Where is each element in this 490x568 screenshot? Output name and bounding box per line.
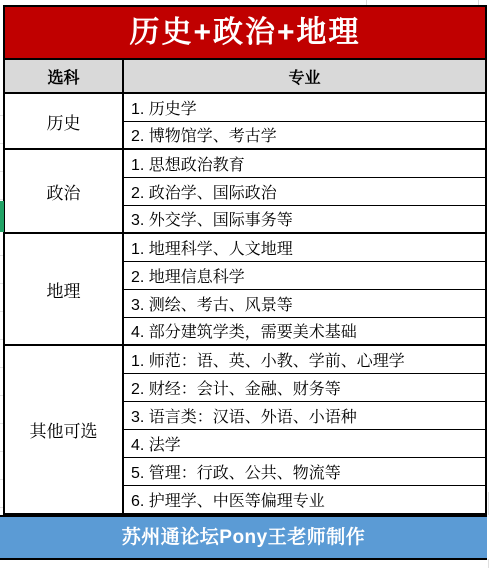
- table-header-row: 选科 专业: [5, 60, 485, 93]
- major-cell: 3. 语言类：汉语、外语、小语种: [123, 401, 485, 429]
- major-cell: 4. 部分建筑学类，需要美术基础: [123, 317, 485, 345]
- row-selection-indicator: [0, 201, 4, 232]
- column-gridline-tick: [488, 492, 489, 515]
- major-cell: 2. 博物馆学、考古学: [123, 121, 485, 149]
- subject-cell-history: 历史: [5, 93, 123, 149]
- major-cell: 1. 师范：语、英、小教、学前、心理学: [123, 345, 485, 373]
- major-cell: 4. 法学: [123, 429, 485, 457]
- page-title: 历史+政治+地理: [129, 18, 360, 48]
- subject-cell-politics: 政治: [5, 149, 123, 233]
- major-cell: 1. 历史学: [123, 93, 485, 121]
- major-cell: 1. 地理科学、人文地理: [123, 233, 485, 261]
- major-cell: 2. 财经：会计、金融、财务等: [123, 373, 485, 401]
- table-row: 其他可选 1. 师范：语、英、小教、学前、心理学: [5, 345, 485, 373]
- major-cell: 6. 护理学、中医等偏理专业: [123, 485, 485, 513]
- subject-cell-other-options: 其他可选: [5, 345, 123, 513]
- table-row: 地理 1. 地理科学、人文地理: [5, 233, 485, 261]
- majors-table: 选科 专业 历史 1. 历史学 2. 博物馆学、考古学 政治 1. 思想政治教育…: [5, 60, 485, 513]
- col-header-subject: 选科: [5, 60, 123, 93]
- subject-major-sheet: 历史+政治+地理 选科 专业 历史 1. 历史学 2. 博物馆学、考古学 政治 …: [3, 5, 487, 515]
- credit-text: 苏州通论坛Pony王老师制作: [122, 528, 365, 547]
- table-row: 政治 1. 思想政治教育: [5, 149, 485, 177]
- credit-banner: 苏州通论坛Pony王老师制作: [0, 515, 487, 560]
- major-cell: 5. 管理：行政、公共、物流等: [123, 457, 485, 485]
- spreadsheet-canvas: 历史+政治+地理 选科 专业 历史 1. 历史学 2. 博物馆学、考古学 政治 …: [0, 0, 490, 568]
- subject-cell-geography: 地理: [5, 233, 123, 345]
- title-banner: 历史+政治+地理: [5, 7, 485, 60]
- major-cell: 1. 思想政治教育: [123, 149, 485, 177]
- col-header-major: 专业: [123, 60, 485, 93]
- column-gridline-tick: [488, 559, 489, 568]
- major-cell: 3. 外交学、国际事务等: [123, 205, 485, 233]
- major-cell: 2. 政治学、国际政治: [123, 177, 485, 205]
- table-row: 历史 1. 历史学: [5, 93, 485, 121]
- major-cell: 2. 地理信息科学: [123, 261, 485, 289]
- major-cell: 3. 测绘、考古、风景等: [123, 289, 485, 317]
